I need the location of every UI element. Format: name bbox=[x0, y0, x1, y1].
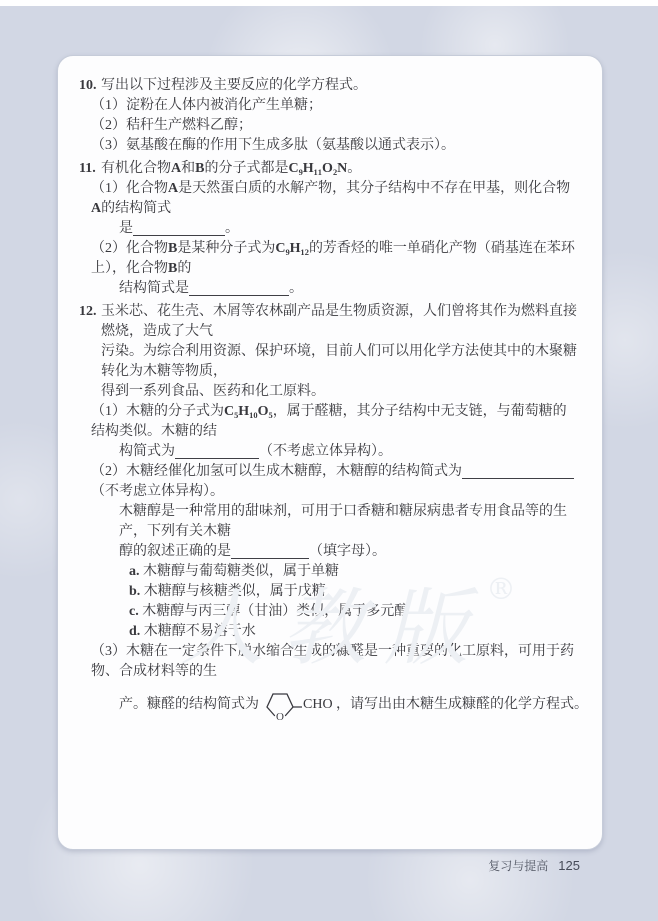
text-segment: 的 bbox=[177, 261, 191, 276]
answer-blank bbox=[462, 464, 574, 479]
text-segment: （1）化合物 bbox=[91, 181, 168, 196]
registered-trademark-icon: ® bbox=[486, 572, 516, 607]
question-text: 有机化合物A和B的分子式都是C₉H₁₁O₂N。 bbox=[101, 159, 580, 179]
answer-blank bbox=[189, 281, 289, 296]
question-12-part-2: （2）木糖经催化加氢可以生成木糖醇，木糖醇的结构简式为（不考虑立体异构）。 bbox=[91, 462, 580, 502]
text-segment: 结构简式是 bbox=[119, 281, 189, 296]
bold-text: b. bbox=[129, 584, 140, 599]
footer-section-title: 复习与提高 bbox=[488, 857, 548, 874]
text-segment: 是某种分子式为 bbox=[177, 241, 275, 256]
bold-text: a. bbox=[129, 564, 140, 579]
question-12-part-1: （1）木糖的分子式为C₅H₁₀O₅，属于醛糖，其分子结构中无支链，与葡萄糖的结构… bbox=[91, 402, 580, 442]
page-top-strip bbox=[0, 0, 658, 6]
text-segment: （2）化合物 bbox=[91, 241, 168, 256]
text-segment: （1）淀粉在人体内被消化产生单糖； bbox=[91, 98, 322, 113]
text-segment: 。 bbox=[225, 221, 239, 236]
bold-text: d. bbox=[129, 624, 140, 639]
question-10-part-1: （1）淀粉在人体内被消化产生单糖； bbox=[91, 96, 580, 116]
text-segment: CHO ，请写出由木糖生成糠醛的化学方程式。 bbox=[303, 695, 588, 715]
text-segment: 。 bbox=[347, 161, 361, 176]
bold-text: B bbox=[168, 241, 177, 256]
bold-text: C₉H₁₂ bbox=[275, 241, 309, 256]
question-11-part-2-blank-line: 结构简式是。 bbox=[119, 279, 580, 299]
question-text: 玉米芯、花生壳、木屑等农林副产品是生物质资源，人们曾将其作为燃料直接燃烧，造成了… bbox=[101, 302, 580, 342]
question-text: 写出以下过程涉及主要反应的化学方程式。 bbox=[101, 76, 580, 96]
bold-text: B bbox=[168, 261, 177, 276]
text-segment: 的分子式都是 bbox=[204, 161, 288, 176]
bold-text: A bbox=[171, 161, 181, 176]
text-segment: （2）秸秆生产燃料乙醇； bbox=[91, 118, 252, 133]
text-segment: 是 bbox=[119, 221, 133, 236]
svg-text:O: O bbox=[276, 711, 284, 723]
furan-ring-structure: O bbox=[260, 687, 302, 723]
text-segment: 醇的叙述正确的是 bbox=[119, 544, 231, 559]
textbook-page: 10.写出以下过程涉及主要反应的化学方程式。（1）淀粉在人体内被消化产生单糖；（… bbox=[0, 0, 658, 921]
bold-text: C₅H₁₀O₅ bbox=[224, 404, 273, 419]
text-segment: 和 bbox=[181, 161, 195, 176]
text-segment: 是天然蛋白质的水解产物，其分子结构中不存在甲基，则化合物 bbox=[178, 181, 570, 196]
question-12-intro-line-2: 污染。为综合利用资源、保护环境，目前人们可以用化学方法使其中的木聚糖转化为木糖等… bbox=[101, 342, 580, 382]
question-11-part-1: （1）化合物A是天然蛋白质的水解产物，其分子结构中不存在甲基，则化合物A的结构简… bbox=[91, 179, 580, 219]
answer-blank bbox=[133, 221, 225, 236]
question-11: 11.有机化合物A和B的分子式都是C₉H₁₁O₂N。 bbox=[79, 159, 580, 179]
bold-text: c. bbox=[129, 604, 139, 619]
question-number: 10. bbox=[79, 76, 101, 96]
bold-text: A bbox=[91, 201, 101, 216]
page-footer: 复习与提高 125 bbox=[488, 857, 580, 874]
bold-text: C₉H₁₁O₂N bbox=[288, 161, 347, 176]
text-segment: （不考虑立体异构）。 bbox=[259, 444, 392, 459]
footer-page-number: 125 bbox=[558, 858, 580, 873]
text-segment: 产。糠醛的结构简式为 bbox=[119, 695, 259, 715]
answer-blank bbox=[231, 544, 309, 559]
question-10-part-2: （2）秸秆生产燃料乙醇； bbox=[91, 116, 580, 136]
question-11-part-1-blank-line: 是。 bbox=[119, 219, 580, 239]
text-segment: （填字母）。 bbox=[309, 544, 386, 559]
text-segment: 玉米芯、花生壳、木屑等农林副产品是生物质资源，人们曾将其作为燃料直接燃烧，造成了… bbox=[101, 304, 577, 339]
bold-text: A bbox=[168, 181, 178, 196]
text-segment: 的结构简式 bbox=[101, 201, 171, 216]
question-12: 12.玉米芯、花生壳、木屑等农林副产品是生物质资源，人们曾将其作为燃料直接燃烧，… bbox=[79, 302, 580, 342]
question-12-part-2-line-2: 木糖醇是一种常用的甜味剂，可用于口香糖和糖尿病患者专用食品等的生产，下列有关木糖 bbox=[119, 502, 580, 542]
question-10: 10.写出以下过程涉及主要反应的化学方程式。 bbox=[79, 76, 580, 96]
text-segment: 写出以下过程涉及主要反应的化学方程式。 bbox=[101, 78, 367, 93]
text-segment: 得到一系列食品、医药和化工原料。 bbox=[101, 384, 325, 399]
text-segment: （3）氨基酸在酶的作用下生成多肽（氨基酸以通式表示）。 bbox=[91, 138, 455, 153]
text-segment: 污染。为综合利用资源、保护环境，目前人们可以用化学方法使其中的木聚糖转化为木糖等… bbox=[101, 344, 577, 379]
question-12-part-3-line-2: 产。糠醛的结构简式为OCHO ，请写出由木糖生成糠醛的化学方程式。 bbox=[119, 682, 580, 728]
text-segment: （不考虑立体异构）。 bbox=[91, 484, 224, 499]
question-12-intro-line-3: 得到一系列食品、医药和化工原料。 bbox=[101, 382, 580, 402]
question-12-part-1-blank-line: 构简式为（不考虑立体异构）。 bbox=[119, 442, 580, 462]
question-12-part-2-blank-line: 醇的叙述正确的是（填字母）。 bbox=[119, 542, 580, 562]
furan-ring-icon: O bbox=[260, 687, 302, 723]
answer-blank bbox=[175, 444, 259, 459]
publisher-watermark: 人教版® bbox=[180, 561, 516, 682]
text-segment: （2）木糖经催化加氢可以生成木糖醇，木糖醇的结构简式为 bbox=[91, 464, 462, 479]
watermark-text: 人教版 bbox=[180, 579, 486, 677]
text-segment: 有机化合物 bbox=[101, 161, 171, 176]
text-segment: 木糖醇是一种常用的甜味剂，可用于口香糖和糖尿病患者专用食品等的生产，下列有关木糖 bbox=[119, 504, 567, 539]
question-number: 12. bbox=[79, 302, 101, 342]
text-segment: 。 bbox=[289, 281, 303, 296]
question-number: 11. bbox=[79, 159, 101, 179]
question-10-part-3: （3）氨基酸在酶的作用下生成多肽（氨基酸以通式表示）。 bbox=[91, 136, 580, 156]
exercise-card: 10.写出以下过程涉及主要反应的化学方程式。（1）淀粉在人体内被消化产生单糖；（… bbox=[57, 55, 603, 850]
text-segment: 构简式为 bbox=[119, 444, 175, 459]
text-segment: （1）木糖的分子式为 bbox=[91, 404, 224, 419]
question-11-part-2: （2）化合物B是某种分子式为C₉H₁₂的芳香烃的唯一单硝化产物（硝基连在苯环上）… bbox=[91, 239, 580, 279]
